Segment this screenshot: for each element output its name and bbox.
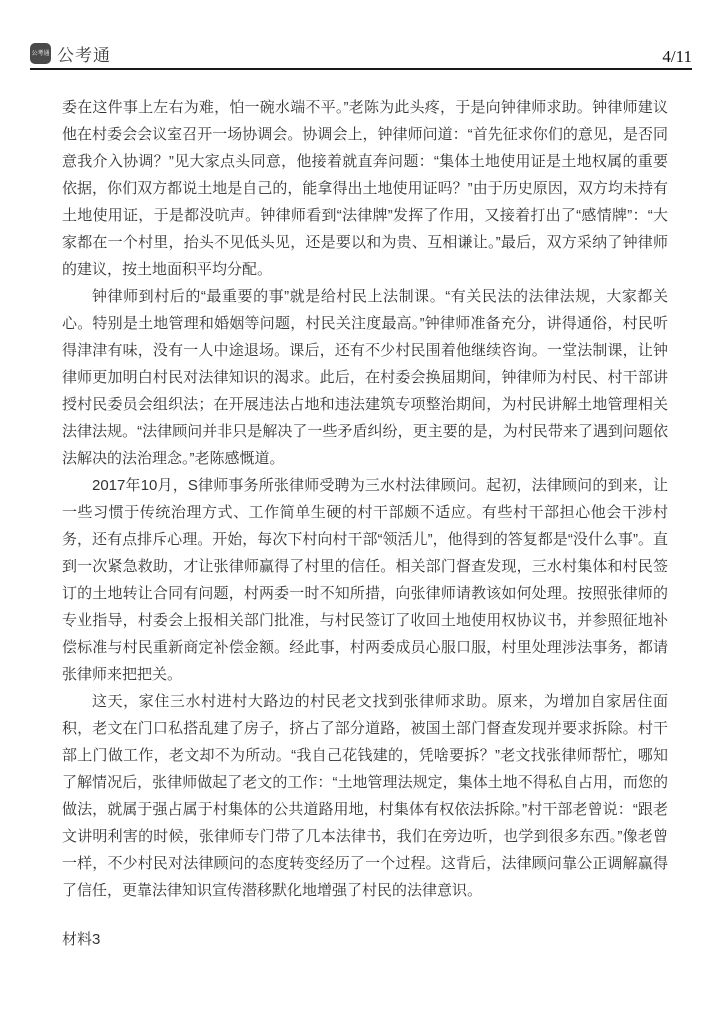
paragraph-4: 这天，家住三水村进村大路边的村民老文找到张律师求助。原来，为增加自家居住面积，老…: [62, 688, 668, 904]
page-number: 4/11: [662, 48, 692, 66]
document-page: 公考通 公考通 4/11 委在这件事上左右为难，怕一碗水端不平。”老陈为此头疼，…: [0, 0, 724, 1024]
page-header: 公考通 公考通 4/11: [30, 38, 692, 70]
brand-name: 公考通: [57, 41, 111, 66]
document-body: 委在这件事上左右为难，怕一碗水端不平。”老陈为此头疼，于是向钟律师求助。钟律师建…: [0, 70, 724, 953]
gongkaotong-logo-icon: 公考通: [30, 43, 51, 64]
brand: 公考通 公考通: [30, 41, 111, 66]
paragraph-2: 钟律师到村后的“最重要的事”就是给村民上法制课。“有关民法的法律法规，大家都关心…: [62, 283, 668, 472]
paragraph-3: 2017年10月，S律师事务所张律师受聘为三水村法律顾问。起初，法律顾问的到来，…: [62, 472, 668, 688]
paragraph-1: 委在这件事上左右为难，怕一碗水端不平。”老陈为此头疼，于是向钟律师求助。钟律师建…: [62, 94, 668, 283]
section-label: 材料3: [62, 926, 668, 953]
